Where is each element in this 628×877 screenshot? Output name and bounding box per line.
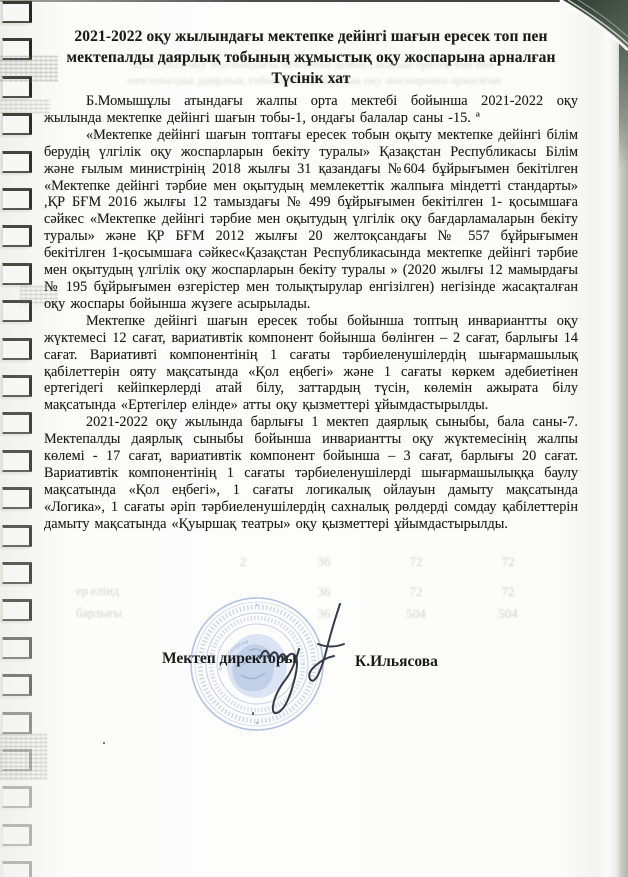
- binding-hole-mark: [2, 861, 32, 877]
- paragraph-3: Мектепке дейінгі шағын ересек тобы бойын…: [44, 313, 578, 414]
- binding-hole-mark: [2, 450, 32, 472]
- scan-speck: [103, 742, 105, 744]
- binding-hole-mark: [2, 786, 32, 808]
- scanned-document-page: { "document": { "title": { "line1": "202…: [0, 0, 628, 877]
- paragraph-2: «Мектепке дейінгі шағын топтағы ересек т…: [44, 127, 578, 313]
- binding-hole-mark: [2, 225, 32, 247]
- binding-hole-mark: [2, 113, 32, 135]
- title-line-2: мектепалды даярлық тобының жұмыстық оқу …: [44, 47, 578, 68]
- title-line-3: Түсінік хат: [44, 68, 578, 89]
- title-line-1: 2021-2022 оқу жылындағы мектепке дейінгі…: [44, 26, 578, 47]
- paragraph-4: 2021-2022 оқу жылында барлығы 1 мектеп д…: [44, 414, 578, 532]
- binding-hole-mark: [2, 637, 32, 659]
- scan-speck: [252, 712, 254, 715]
- scan-top-edge: [0, 0, 560, 2]
- binding-hole-mark: [2, 151, 32, 173]
- binding-hole-mark: [2, 412, 32, 434]
- binding-hole-mark: [2, 188, 32, 210]
- binding-hole-mark: [2, 599, 32, 621]
- binding-hole-mark: [2, 263, 32, 285]
- binding-hole-mark: [2, 674, 32, 696]
- paragraph-1: Б.Момышұлы атындағы жалпы орта мектебі б…: [44, 93, 578, 127]
- document-title: 2021-2022 оқу жылындағы мектепке дейінгі…: [44, 26, 578, 89]
- signature-name: К.Ильясова: [355, 653, 438, 671]
- director-signature: [256, 600, 356, 715]
- binding-hole-mark: [2, 487, 32, 509]
- binding-hole-mark: [2, 525, 32, 547]
- binding-hole-mark: [2, 338, 32, 360]
- binding-hole-mark: [2, 562, 32, 584]
- scan-smudge: [0, 734, 47, 780]
- binding-hole-mark: [2, 375, 32, 397]
- scan-smudge: [0, 100, 50, 113]
- binding-hole-mark: [2, 712, 32, 734]
- binding-hole-mark: [2, 1, 32, 23]
- document-body: 2021-2022 оқу жылындағы мектепке дейінгі…: [44, 26, 578, 533]
- binding-hole-mark: [2, 824, 32, 846]
